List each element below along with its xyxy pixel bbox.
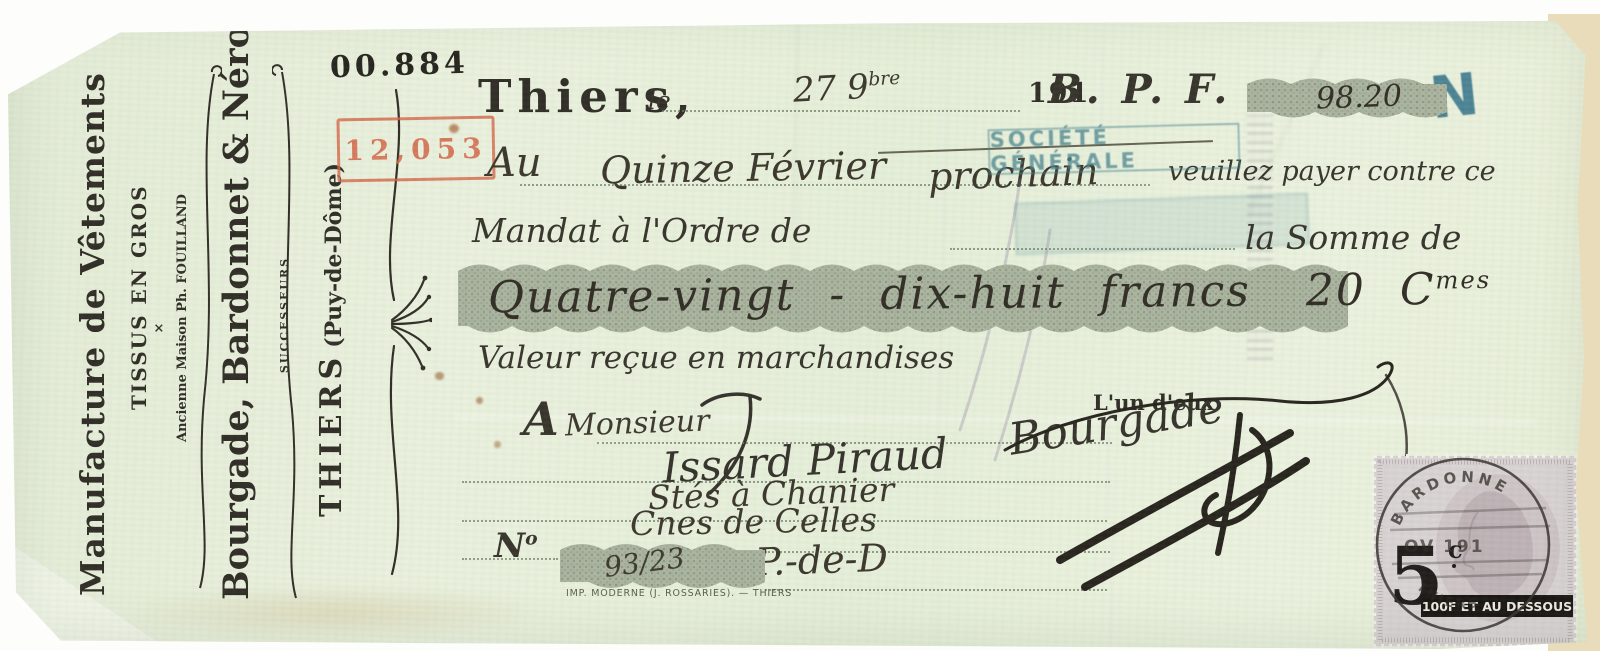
rust-spot: [435, 372, 444, 380]
cancel-date: OV 191: [1404, 537, 1485, 557]
amount-figures: 98.20: [1315, 79, 1402, 117]
letterhead-city: THIERS: [314, 353, 349, 517]
amount-words-line: Quatre-vingt - dix-huit francs 20 Cmes: [488, 264, 1492, 324]
amount-cents-unit: C: [1400, 264, 1436, 315]
rust-spot: [476, 397, 483, 404]
handwritten-au: Au: [487, 140, 542, 186]
bill-paper: Manufacture de Vêtements TISSUS EN GROS …: [0, 0, 1600, 651]
letterhead-business-line: Manufacture de Vêtements: [73, 146, 117, 596]
bank-stamp-label: SOCIÉTÉ GÉNÉRALE: [989, 122, 1238, 176]
no-label-o: o: [525, 528, 537, 550]
fleuron-x: ×: [152, 323, 167, 334]
flourish-rule-right: [272, 60, 308, 605]
printer-imprint: IMP. MODERNE (J. ROSSARIES). — THIERS: [566, 588, 792, 599]
red-number-stamp-box: 12,053: [336, 116, 495, 183]
smudge: [350, 18, 376, 26]
handwritten-date: 27 9bre: [792, 65, 902, 111]
letterhead-city-line: THIERS (Puy-de-Dôme): [314, 125, 358, 555]
letterhead-firm-line: Bourgade, Bardonnet & Néron: [216, 60, 268, 600]
letterhead-trade-line: TISSUS EN GROS: [127, 220, 155, 410]
printed-mandat: Mandat à l'Ordre de: [472, 211, 811, 250]
letterhead-business: Manufacture de Vêtements: [73, 72, 112, 596]
bpf-label: B. P. F.: [1048, 66, 1231, 113]
letterhead-department: (Puy-de-Dôme): [321, 163, 347, 348]
amount-cents-group: 20 Cmes: [1306, 264, 1492, 317]
handwritten-date-sup: bre: [868, 68, 901, 91]
red-number-stamp: 12,053: [344, 131, 488, 166]
amount-words: Quatre-vingt - dix-huit francs: [488, 266, 1251, 324]
flourish-rule-left: [188, 64, 222, 594]
amount-cents: 20: [1306, 265, 1366, 317]
bank-stamp-box: SOCIÉTÉ GÉNÉRALE: [987, 123, 1240, 176]
printed-a-label: A: [523, 392, 559, 446]
letterhead-trade: TISSUS EN GROS: [127, 184, 151, 410]
letterhead-ornament: ×: [152, 308, 168, 348]
no-label-n: N: [494, 526, 525, 566]
fiscal-stamp: 5 c 100F ET AU DESSOUS BARDONNE THIERS: [1366, 452, 1584, 651]
letterhead-firm: Bourgade, Bardonnet & Néron: [216, 0, 257, 600]
handwritten-payer-line4: P.-de-D: [754, 536, 888, 585]
no-label: No: [494, 526, 538, 566]
printed-somme: la Somme de: [1245, 218, 1461, 257]
date-dotted-line: [662, 110, 1020, 112]
rust-spot: [494, 441, 501, 448]
scanned-commercial-bill: Manufacture de Vêtements TISSUS EN GROS …: [0, 0, 1600, 651]
value-received-clause: Valeur reçue en marchandises: [478, 340, 954, 376]
serial-number-stamp: 00.884: [329, 46, 469, 86]
handwritten-date-main: 27 9: [792, 67, 870, 111]
amount-cents-sup: mes: [1435, 266, 1491, 294]
order-dotted-line: [950, 248, 1235, 250]
handwritten-term: Quinze Février: [600, 144, 887, 193]
paper-stain: [120, 585, 550, 640]
